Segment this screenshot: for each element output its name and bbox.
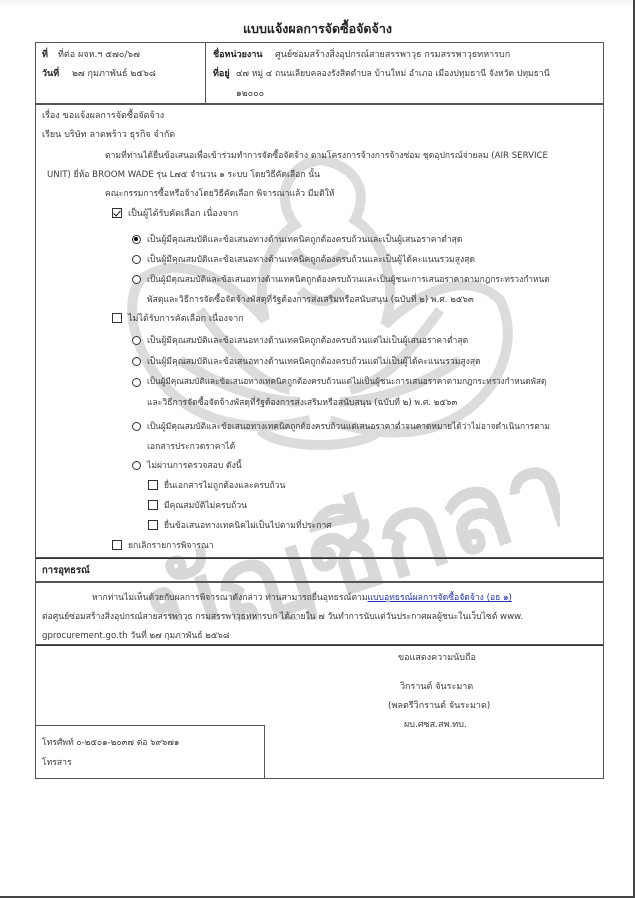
selected-option-1-radio[interactable] — [132, 235, 141, 244]
signature-position: ผบ.ศซส.สพ.ทบ. — [404, 717, 467, 731]
selected-option-3-text-cont: พัสดุและวิธีการจัดซื้อจัดจ้างพัสดุที่รัฐ… — [147, 292, 474, 306]
body-paragraph-line2: UNIT) ยี่ห้อ BROOM WADE รุ่น L๗๕ จำนวน ๑… — [47, 167, 320, 181]
selected-checkbox[interactable] — [112, 208, 122, 218]
not-selected-option-2-text: เป็นผู้มีคุณสมบัติและข้อเสนอทางด้านเทคนิ… — [147, 354, 481, 368]
subject-line: เรื่อง ขอแจ้งผลการจัดซื้อจัดจ้าง — [42, 108, 164, 122]
signature-name: วิกรานต์ จันระมาด — [400, 679, 473, 693]
cancel-checkbox[interactable] — [112, 540, 122, 550]
appeal-heading-box — [35, 558, 604, 582]
not-selected-option-1-radio[interactable] — [132, 336, 141, 345]
appeal-line1: หากท่านไม่เห็นด้วยกับผลการพิจารณาดังกล่า… — [92, 590, 512, 604]
ref-label: ที่ — [42, 47, 48, 61]
appeal-line1-prefix: หากท่านไม่เห็นด้วยกับผลการพิจารณาดังกล่า… — [92, 593, 368, 603]
header-divider — [205, 42, 206, 104]
ref-value: ที่ต่อ ผจห.ฯ ๕๗๐/๖๗ — [58, 47, 140, 61]
sub-check-3-checkbox[interactable] — [148, 520, 158, 530]
contact-fax: โทรสาร — [42, 755, 72, 769]
selected-option-2-radio[interactable] — [132, 255, 141, 264]
not-selected-label: ไม่ได้รับการคัดเลือก เนื่องจาก — [128, 311, 244, 325]
body-paragraph-line3: คณะกรรมการซื้อหรือจ้างโดยวิธีคัดเลือก พิ… — [105, 186, 335, 200]
sub-check-2-text: มีคุณสมบัติไม่ครบถ้วน — [164, 498, 247, 512]
not-selected-option-5-text: ไม่ผ่านการตรวจสอบ ดังนี้ — [147, 458, 242, 472]
agency-label: ชื่อหน่วยงาน — [213, 47, 263, 61]
not-selected-option-3-text: เป็นผู้มีคุณสมบัติและข้อเสนอทางเทคนิคถูก… — [147, 375, 546, 388]
selected-option-2-text: เป็นผู้มีคุณสมบัติและข้อเสนอทางด้านเทคนิ… — [147, 252, 475, 266]
cancel-label: ยกเลิกรายการพิจารณา — [128, 538, 214, 552]
selected-option-3-text: เป็นผู้มีคุณสมบัติและข้อเสนอทางด้านเทคนิ… — [147, 272, 550, 286]
sub-check-1-checkbox[interactable] — [148, 480, 158, 490]
body-paragraph-line1: ตามที่ท่านได้ยื่นข้อเสนอเพื่อเข้าร่วมทำก… — [105, 148, 548, 162]
selected-option-1-text: เป็นผู้มีคุณสมบัติและข้อเสนอทางด้านเทคนิ… — [147, 232, 463, 246]
not-selected-checkbox[interactable] — [112, 313, 122, 323]
recipient-line: เรียน บริษัท ลาดพร้าว ธุรกิจ จำกัด — [42, 127, 175, 141]
date-value: ๒๗ กุมภาพันธ์ ๒๕๖๘ — [72, 66, 156, 80]
not-selected-option-3-radio[interactable] — [132, 378, 141, 387]
not-selected-option-5-radio[interactable] — [132, 461, 141, 470]
appeal-line2: ต่อศูนย์ซ่อมสร้างสิ่งอุปกรณ์สายสรรพาวุธ … — [42, 609, 523, 623]
address-line2: ๑๒๐๐๐ — [236, 86, 264, 100]
signature-full-name: (พลตรีวิกรานต์ จันระมาด) — [388, 698, 490, 712]
sub-check-1-text: ยื่นเอกสารไม่ถูกต้องและครบถ้วน — [164, 478, 285, 492]
not-selected-option-4-text-cont: เอกสารประกวดราคาได้ — [147, 439, 235, 453]
not-selected-option-2-radio[interactable] — [132, 357, 141, 366]
signature-closing: ขอแสดงความนับถือ — [398, 650, 476, 664]
agency-value: ศูนย์ซ่อมสร้างสิ่งอุปกรณ์สายสรรพาวุธ กรม… — [275, 47, 510, 61]
appeal-line3: gprocurement.go.th วันที่ ๒๗ กุมภาพันธ์ … — [42, 628, 229, 642]
appeal-heading: การอุทธรณ์ — [42, 563, 90, 578]
document-title: แบบแจ้งผลการจัดซื้อจัดจ้าง — [0, 19, 635, 39]
not-selected-option-4-text: เป็นผู้มีคุณสมบัติและข้อเสนอทางเทคนิคถูก… — [147, 419, 550, 433]
appeal-form-link[interactable]: แบบอุทธรณ์ผลการจัดซื้อจัดจ้าง (อธ ๑) — [368, 593, 512, 603]
contact-box — [35, 725, 265, 779]
not-selected-option-3-text-cont: และวิธีการจัดซื้อจัดจ้างพัสดุที่รัฐต้องก… — [147, 395, 457, 409]
selected-label: เป็นผู้ได้รับคัดเลือก เนื่องจาก — [128, 206, 238, 220]
date-label: วันที่ — [42, 66, 59, 80]
address-label: ที่อยู่ — [213, 66, 230, 80]
not-selected-option-4-radio[interactable] — [132, 422, 141, 431]
address-line1: ๔๗ หมู่ ๔ ถนนเลียบคลองรังสิตตำบล บ้านใหม… — [236, 66, 550, 80]
sub-check-3-text: ยื่นข้อเสนอทางเทคนิคไม่เป็นไปตามที่ประกา… — [164, 518, 332, 532]
contact-phone: โทรศัพท์ ๐-๒๕๐๑-๒๐๓๗ ต่อ ๖๙๖๗๑ — [42, 735, 179, 749]
not-selected-option-1-text: เป็นผู้มีคุณสมบัติและข้อเสนอทางด้านเทคนิ… — [147, 333, 468, 347]
sub-check-2-checkbox[interactable] — [148, 500, 158, 510]
selected-option-3-radio[interactable] — [132, 275, 141, 284]
